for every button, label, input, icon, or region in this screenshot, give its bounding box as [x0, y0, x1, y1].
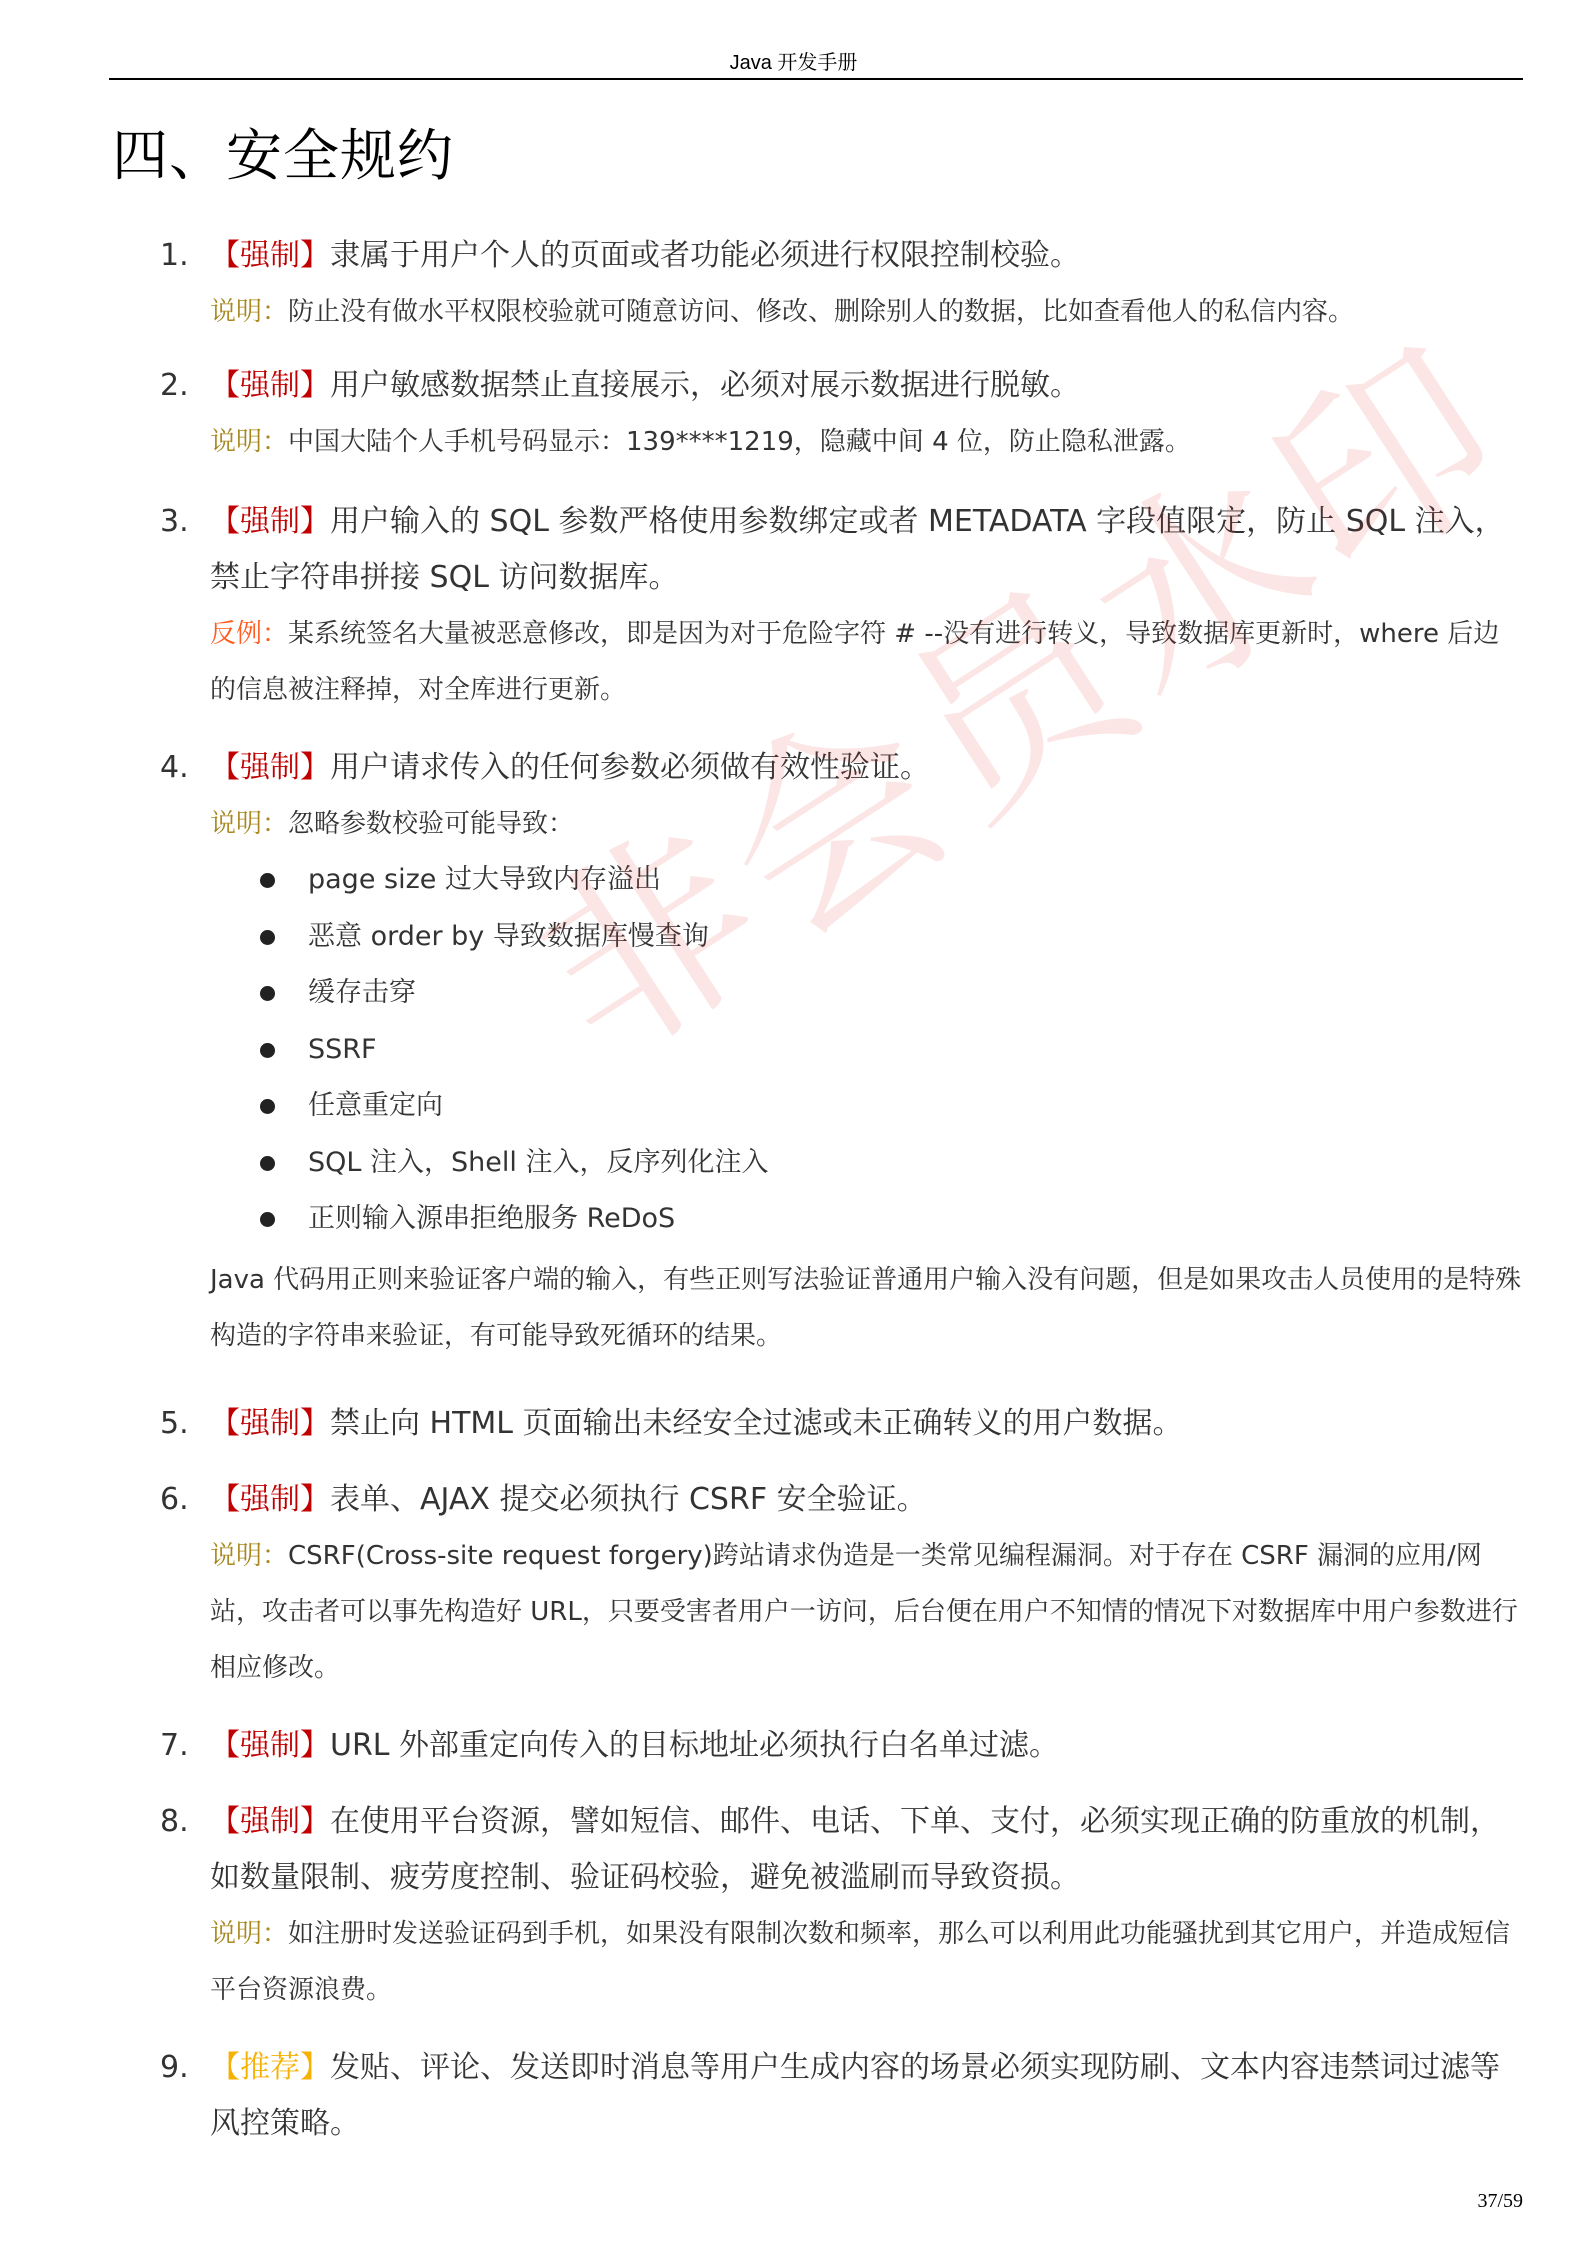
list-item-text: page size 过大导致内存溢出: [308, 864, 661, 895]
tag-force: 【强制】: [210, 1406, 330, 1441]
rule-text: 用户敏感数据禁止直接展示，必须对展示数据进行脱敏。: [330, 368, 1080, 403]
note-text: 防止没有做水平权限校验就可随意访问、修改、删除别人的数据，比如查看他人的私信内容…: [288, 297, 1354, 327]
label-counter-example: 反例：: [210, 619, 288, 649]
rule-statement: 2.【强制】用户敏感数据禁止直接展示，必须对展示数据进行脱敏。: [160, 358, 1525, 414]
rule-number: 8.: [160, 1794, 189, 1850]
page-number: 37/59: [1477, 2190, 1523, 2213]
rule-9: 9.【推荐】发贴、评论、发送即时消息等用户生成内容的场景必须实现防刷、文本内容违…: [160, 2040, 1525, 2152]
rule-number: 2.: [160, 358, 189, 414]
list-item-text: SSRF: [308, 1034, 377, 1065]
rule-number: 5.: [160, 1396, 189, 1452]
label-explain: 说明：: [210, 427, 288, 457]
list-item-text: 任意重定向: [308, 1090, 443, 1121]
rule-number: 4.: [160, 740, 189, 796]
rule-7: 7.【强制】URL 外部重定向传入的目标地址必须执行白名单过滤。: [160, 1718, 1525, 1774]
tag-force: 【强制】: [210, 750, 330, 785]
rule-text: 禁止向 HTML 页面输出未经安全过滤或未正确转义的用户数据。: [330, 1406, 1183, 1441]
rule-statement: 8.【强制】在使用平台资源，譬如短信、邮件、电话、下单、支付，必须实现正确的防重…: [160, 1794, 1525, 1906]
list-item-text: 恶意 order by 导致数据库慢查询: [308, 921, 709, 952]
rule-statement: 6.【强制】表单、AJAX 提交必须执行 CSRF 安全验证。: [160, 1472, 1525, 1528]
tag-force: 【强制】: [210, 238, 330, 273]
rule-text: 表单、AJAX 提交必须执行 CSRF 安全验证。: [330, 1482, 927, 1517]
bullet-icon: [260, 1212, 275, 1227]
rule-note: 说明：如注册时发送验证码到手机，如果没有限制次数和频率，那么可以利用此功能骚扰到…: [160, 1906, 1525, 2018]
rule-note: 反例：某系统签名大量被恶意修改，即是因为对于危险字符 # --没有进行转义，导致…: [160, 606, 1525, 718]
rule-text: 发贴、评论、发送即时消息等用户生成内容的场景必须实现防刷、文本内容违禁词过滤等风…: [210, 2050, 1500, 2141]
tag-force: 【强制】: [210, 368, 330, 403]
label-explain: 说明：: [210, 809, 288, 839]
list-item: 恶意 order by 导致数据库慢查询: [260, 909, 1525, 966]
list-item: 任意重定向: [260, 1078, 1525, 1135]
rule-text: 隶属于用户个人的页面或者功能必须进行权限控制校验。: [330, 238, 1080, 273]
list-item: 缓存击穿: [260, 965, 1525, 1022]
rule-statement: 5.【强制】禁止向 HTML 页面输出未经安全过滤或未正确转义的用户数据。: [160, 1396, 1525, 1452]
bullet-icon: [260, 873, 275, 888]
rule-number: 6.: [160, 1472, 189, 1528]
rule-number: 7.: [160, 1718, 189, 1774]
bullet-icon: [260, 1099, 275, 1114]
tag-force: 【强制】: [210, 1728, 330, 1763]
label-explain: 说明：: [210, 297, 288, 327]
rule-4: 4.【强制】用户请求传入的任何参数必须做有效性验证。 说明：忽略参数校验可能导致…: [160, 740, 1525, 1364]
chapter-title: 四、安全规约: [112, 112, 454, 192]
list-item-text: SQL 注入，Shell 注入，反序列化注入: [308, 1147, 768, 1178]
note-text: 中国大陆个人手机号码显示：139****1219，隐藏中间 4 位，防止隐私泄露…: [288, 427, 1191, 457]
list-item-text: 正则输入源串拒绝服务 ReDoS: [308, 1203, 675, 1234]
bullet-icon: [260, 986, 275, 1001]
rule-number: 1.: [160, 228, 189, 284]
note-text: 某系统签名大量被恶意修改，即是因为对于危险字符 # --没有进行转义，导致数据库…: [210, 619, 1499, 705]
rule-statement: 3.【强制】用户输入的 SQL 参数严格使用参数绑定或者 METADATA 字段…: [160, 494, 1525, 606]
list-item: SQL 注入，Shell 注入，反序列化注入: [260, 1135, 1525, 1192]
note-text: 如注册时发送验证码到手机，如果没有限制次数和频率，那么可以利用此功能骚扰到其它用…: [210, 1919, 1510, 2005]
rule-statement: 1.【强制】隶属于用户个人的页面或者功能必须进行权限控制校验。: [160, 228, 1525, 284]
rule-text: 在使用平台资源，譬如短信、邮件、电话、下单、支付，必须实现正确的防重放的机制，如…: [210, 1804, 1500, 1895]
note-text: CSRF(Cross-site request forgery)跨站请求伪造是一…: [210, 1541, 1518, 1683]
header-divider: [109, 78, 1523, 80]
list-item-text: 缓存击穿: [308, 977, 416, 1008]
rule-number: 9.: [160, 2040, 189, 2096]
bullet-icon: [260, 1043, 275, 1058]
tag-force: 【强制】: [210, 1804, 330, 1839]
rule-note: 说明：CSRF(Cross-site request forgery)跨站请求伪…: [160, 1528, 1525, 1696]
label-explain: 说明：: [210, 1541, 288, 1571]
tag-force: 【强制】: [210, 1482, 330, 1517]
label-explain: 说明：: [210, 1919, 288, 1949]
rule-statement: 4.【强制】用户请求传入的任何参数必须做有效性验证。: [160, 740, 1525, 796]
list-item: SSRF: [260, 1022, 1525, 1079]
bullet-icon: [260, 930, 275, 945]
rule-note: 说明：防止没有做水平权限校验就可随意访问、修改、删除别人的数据，比如查看他人的私…: [160, 284, 1525, 340]
rule-number: 3.: [160, 494, 189, 550]
bullet-icon: [260, 1156, 275, 1171]
rule-5: 5.【强制】禁止向 HTML 页面输出未经安全过滤或未正确转义的用户数据。: [160, 1396, 1525, 1452]
rule-text: 用户请求传入的任何参数必须做有效性验证。: [330, 750, 930, 785]
rule-3: 3.【强制】用户输入的 SQL 参数严格使用参数绑定或者 METADATA 字段…: [160, 494, 1525, 718]
tag-recommend: 【推荐】: [210, 2050, 330, 2085]
rule-note: 说明：中国大陆个人手机号码显示：139****1219，隐藏中间 4 位，防止隐…: [160, 414, 1525, 470]
list-item: page size 过大导致内存溢出: [260, 852, 1525, 909]
rule-extra-note: Java 代码用正则来验证客户端的输入，有些正则写法验证普通用户输入没有问题，但…: [160, 1252, 1525, 1364]
rule-text: URL 外部重定向传入的目标地址必须执行白名单过滤。: [330, 1728, 1059, 1763]
running-header: Java 开发手册: [0, 46, 1587, 75]
rule-statement: 7.【强制】URL 外部重定向传入的目标地址必须执行白名单过滤。: [160, 1718, 1525, 1774]
rule-text: 用户输入的 SQL 参数严格使用参数绑定或者 METADATA 字段值限定，防止…: [210, 504, 1505, 595]
rule-statement: 9.【推荐】发贴、评论、发送即时消息等用户生成内容的场景必须实现防刷、文本内容违…: [160, 2040, 1525, 2152]
tag-force: 【强制】: [210, 504, 330, 539]
rule-8: 8.【强制】在使用平台资源，譬如短信、邮件、电话、下单、支付，必须实现正确的防重…: [160, 1794, 1525, 2018]
note-text: 忽略参数校验可能导致：: [288, 809, 574, 839]
rule-note: 说明：忽略参数校验可能导致：: [160, 796, 1525, 852]
risk-list: page size 过大导致内存溢出 恶意 order by 导致数据库慢查询 …: [160, 852, 1525, 1248]
rule-2: 2.【强制】用户敏感数据禁止直接展示，必须对展示数据进行脱敏。 说明：中国大陆个…: [160, 358, 1525, 470]
rule-6: 6.【强制】表单、AJAX 提交必须执行 CSRF 安全验证。 说明：CSRF(…: [160, 1472, 1525, 1696]
list-item: 正则输入源串拒绝服务 ReDoS: [260, 1191, 1525, 1248]
rule-1: 1.【强制】隶属于用户个人的页面或者功能必须进行权限控制校验。 说明：防止没有做…: [160, 228, 1525, 340]
